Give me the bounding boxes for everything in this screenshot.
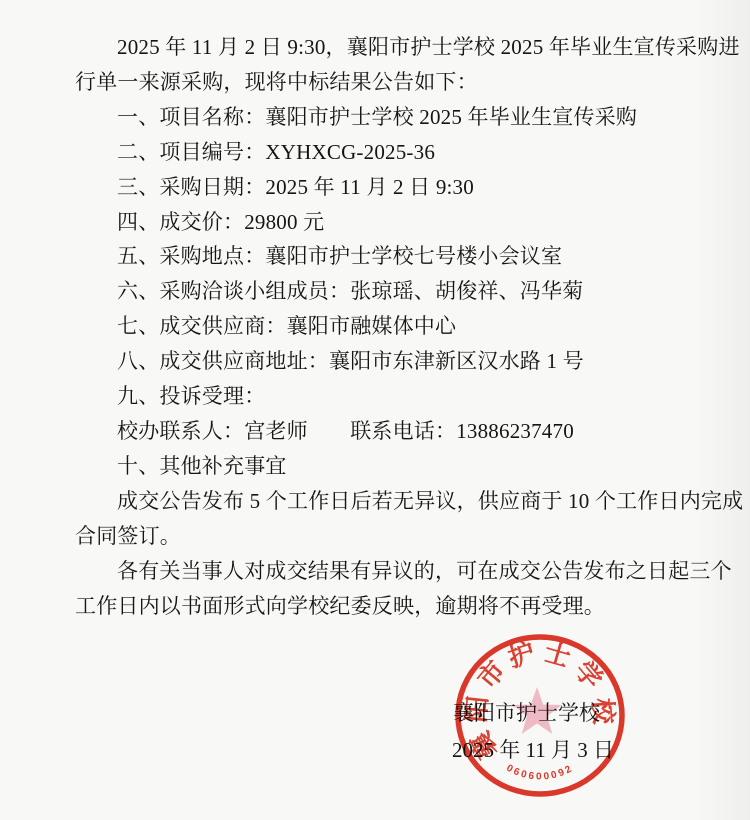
stamp-bottom-arc-path bbox=[503, 768, 576, 780]
signature-date: 2025 年 11 月 3 日 bbox=[452, 734, 614, 764]
text-line: 四、成交价：29800 元 bbox=[75, 205, 715, 240]
paragraph: 一、项目名称：襄阳市护士学校 2025 年毕业生宣传采购 bbox=[75, 100, 715, 135]
paragraph: 七、成交供应商：襄阳市融媒体中心 bbox=[75, 309, 715, 344]
text-line: 九、投诉受理： bbox=[75, 379, 715, 414]
paragraph: 九、投诉受理： bbox=[75, 379, 715, 414]
text-line: 各有关当事人对成交结果有异议的，可在成交公告发布之日起三个 bbox=[75, 554, 715, 589]
text-line: 十、其他补充事宜 bbox=[75, 449, 715, 484]
paragraph: 二、项目编号：XYHXCG-2025-36 bbox=[75, 135, 715, 170]
text-line: 八、成交供应商地址：襄阳市东津新区汉水路 1 号 bbox=[75, 344, 715, 379]
paragraph: 五、采购地点：襄阳市护士学校七号楼小会议室 bbox=[75, 239, 715, 274]
text-line: 一、项目名称：襄阳市护士学校 2025 年毕业生宣传采购 bbox=[75, 100, 715, 135]
text-line: 工作日内以书面形式向学校纪委反映，逾期将不再受理。 bbox=[75, 589, 715, 624]
paragraph: 八、成交供应商地址：襄阳市东津新区汉水路 1 号 bbox=[75, 344, 715, 379]
paragraph: 三、采购日期：2025 年 11 月 2 日 9:30 bbox=[75, 170, 715, 205]
paragraph: 六、采购洽谈小组成员：张琼瑶、胡俊祥、冯华菊 bbox=[75, 274, 715, 309]
text-line: 成交公告发布 5 个工作日后若无异议，供应商于 10 个工作日内完成 bbox=[75, 484, 715, 519]
text-line: 2025 年 11 月 2 日 9:30，襄阳市护士学校 2025 年毕业生宣传… bbox=[75, 30, 715, 65]
stamp-arc-char: 市 bbox=[472, 656, 511, 695]
stamp-arc-char: 士 bbox=[541, 637, 574, 672]
paragraph: 校办联系人：宫老师 联系电话：13886237470 bbox=[75, 414, 715, 449]
text-line: 二、项目编号：XYHXCG-2025-36 bbox=[75, 135, 715, 170]
text-line: 行单一来源采购，现将中标结果公告如下： bbox=[75, 65, 715, 100]
announcement-page: 2025 年 11 月 2 日 9:30，襄阳市护士学校 2025 年毕业生宣传… bbox=[0, 0, 750, 820]
text-line: 校办联系人：宫老师 联系电话：13886237470 bbox=[75, 414, 715, 449]
paragraph: 十、其他补充事宜 bbox=[75, 449, 715, 484]
paragraph: 成交公告发布 5 个工作日后若无异议，供应商于 10 个工作日内完成合同签订。 bbox=[75, 484, 715, 554]
text-line: 合同签订。 bbox=[75, 519, 715, 554]
paragraph: 2025 年 11 月 2 日 9:30，襄阳市护士学校 2025 年毕业生宣传… bbox=[75, 30, 715, 100]
announcement-body: 2025 年 11 月 2 日 9:30，襄阳市护士学校 2025 年毕业生宣传… bbox=[75, 30, 715, 623]
text-line: 六、采购洽谈小组成员：张琼瑶、胡俊祥、冯华菊 bbox=[75, 274, 715, 309]
text-line: 三、采购日期：2025 年 11 月 2 日 9:30 bbox=[75, 170, 715, 205]
paragraph: 四、成交价：29800 元 bbox=[75, 205, 715, 240]
text-line: 五、采购地点：襄阳市护士学校七号楼小会议室 bbox=[75, 239, 715, 274]
text-line: 七、成交供应商：襄阳市融媒体中心 bbox=[75, 309, 715, 344]
signature-org: 襄阳市护士学校 bbox=[453, 697, 600, 727]
stamp-arc-char: 学 bbox=[569, 656, 608, 695]
paragraph: 各有关当事人对成交结果有异议的，可在成交公告发布之日起三个工作日内以书面形式向学… bbox=[75, 554, 715, 624]
stamp-arc-char: 护 bbox=[505, 637, 539, 673]
